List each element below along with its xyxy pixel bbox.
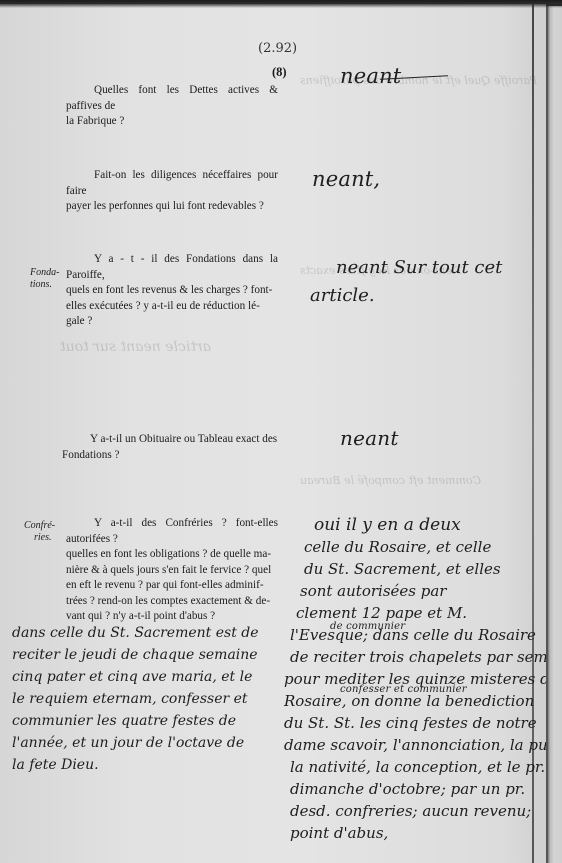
question-line: en eft le revenu ? par qui font-elles ad… — [66, 578, 278, 594]
question-obituaire: Y a-t-il un Obituaire ou Tableau exact d… — [62, 432, 278, 463]
question-dettes: Quelles font les Dettes actives & paffiv… — [66, 83, 278, 130]
question-line: Fait-on les diligences néceffaires pour … — [66, 168, 278, 199]
answer-fondations: neant Sur tout cet article. — [310, 254, 502, 310]
interlinear-note: de communier — [330, 621, 405, 632]
adjacent-page-edge — [546, 6, 562, 863]
answer-line: l'année, et un jour de l'octave de — [12, 732, 259, 754]
answer-line: dans celle du St. Sacrement est de — [12, 622, 259, 644]
bleed-through-text: Comment eft compofé le Bureau — [300, 474, 481, 487]
page-number: (8) — [272, 65, 287, 80]
answer-diligences: neant, — [312, 167, 380, 191]
answer-line: la nativité, la conception, et le pr. — [284, 756, 546, 778]
question-line: Quelles font les Dettes actives & paffiv… — [66, 83, 278, 114]
question-confreries: Y a-t-il des Confréries ? font-elles aut… — [66, 516, 278, 625]
answer-line: sont autorisées par — [284, 580, 546, 602]
archive-folio-number: (2.92) — [258, 41, 297, 56]
answer-line: neant Sur tout cet — [310, 254, 502, 282]
answer-line: point d'abus, — [284, 822, 546, 844]
top-binding-shadow — [0, 0, 562, 8]
answer-line: communier les quatre festes de — [12, 710, 259, 732]
answer-dettes: neant — [340, 64, 401, 88]
question-line: quels en font les revenus & les charges … — [66, 283, 278, 299]
margin-label-line: Fonda- — [30, 267, 59, 279]
bleed-through-text: article neant sur tout — [60, 339, 211, 355]
answer-line: la fete Dieu. — [12, 754, 259, 776]
answer-line: desd. confreries; aucun revenu; — [284, 800, 546, 822]
question-line: Y a-t-il des Confréries ? font-elles aut… — [66, 516, 278, 547]
answer-line: de reciter trois chapelets par semaine — [284, 646, 546, 668]
answer-line: du St. St. les cinq festes de notre — [284, 712, 546, 734]
margin-label-line: ries. — [24, 532, 55, 544]
answer-line: le requiem eternam, confesser et — [12, 688, 259, 710]
question-fondations: Y a - t - il des Fondations dans la Paro… — [66, 252, 278, 330]
interlinear-note: confesser et communier — [340, 684, 467, 695]
answer-line: du St. Sacrement, et elles — [284, 558, 546, 580]
answer-line: cinq pater et cinq ave maria, et le — [12, 666, 259, 688]
answer-confreries: oui il y en a deux celle du Rosaire, et … — [284, 514, 546, 844]
answer-line: article. — [310, 282, 502, 310]
answer-confreries-left: dans celle du St. Sacrement est de recit… — [12, 622, 259, 776]
question-line: trées ? rend-on les comptes exactement &… — [66, 594, 278, 610]
question-line: gale ? — [66, 314, 278, 330]
margin-label-fondations: Fonda- tions. — [30, 267, 59, 291]
answer-line: clement 12 pape et M. — [284, 602, 546, 624]
question-diligences: Fait-on les diligences néceffaires pour … — [66, 168, 278, 215]
margin-label-line: tions. — [30, 279, 59, 291]
question-line: la Fabrique ? — [66, 114, 278, 130]
answer-obituaire: neant — [340, 426, 399, 450]
answer-line: dame scavoir, l'annonciation, la purific… — [284, 734, 546, 756]
question-line: Fondations ? — [62, 448, 278, 464]
question-line: Y a - t - il des Fondations dans la Paro… — [66, 252, 278, 283]
document-page: Paroiffe Quel eft le nombre des paroiffi… — [0, 4, 546, 863]
question-line: elles exécutées ? y a-t-il eu de réducti… — [66, 299, 278, 315]
answer-line: reciter le jeudi de chaque semaine — [12, 644, 259, 666]
margin-label-line: Confré- — [24, 520, 55, 532]
answer-line: celle du Rosaire, et celle — [284, 536, 546, 558]
answer-line: l'Evesque; dans celle du Rosaire — [284, 624, 546, 646]
answer-line: dimanche d'octobre; par un pr. — [284, 778, 546, 800]
question-line: nière & à quels jours s'en fait le fervi… — [66, 563, 278, 579]
question-line: payer les perfonnes qui lui font redevab… — [66, 199, 278, 215]
question-line: quelles en font les obligations ? de que… — [66, 547, 278, 563]
question-line: Y a-t-il un Obituaire ou Tableau exact d… — [62, 432, 278, 448]
margin-label-confreries: Confré- ries. — [24, 520, 55, 544]
answer-line: oui il y en a deux — [284, 514, 546, 536]
